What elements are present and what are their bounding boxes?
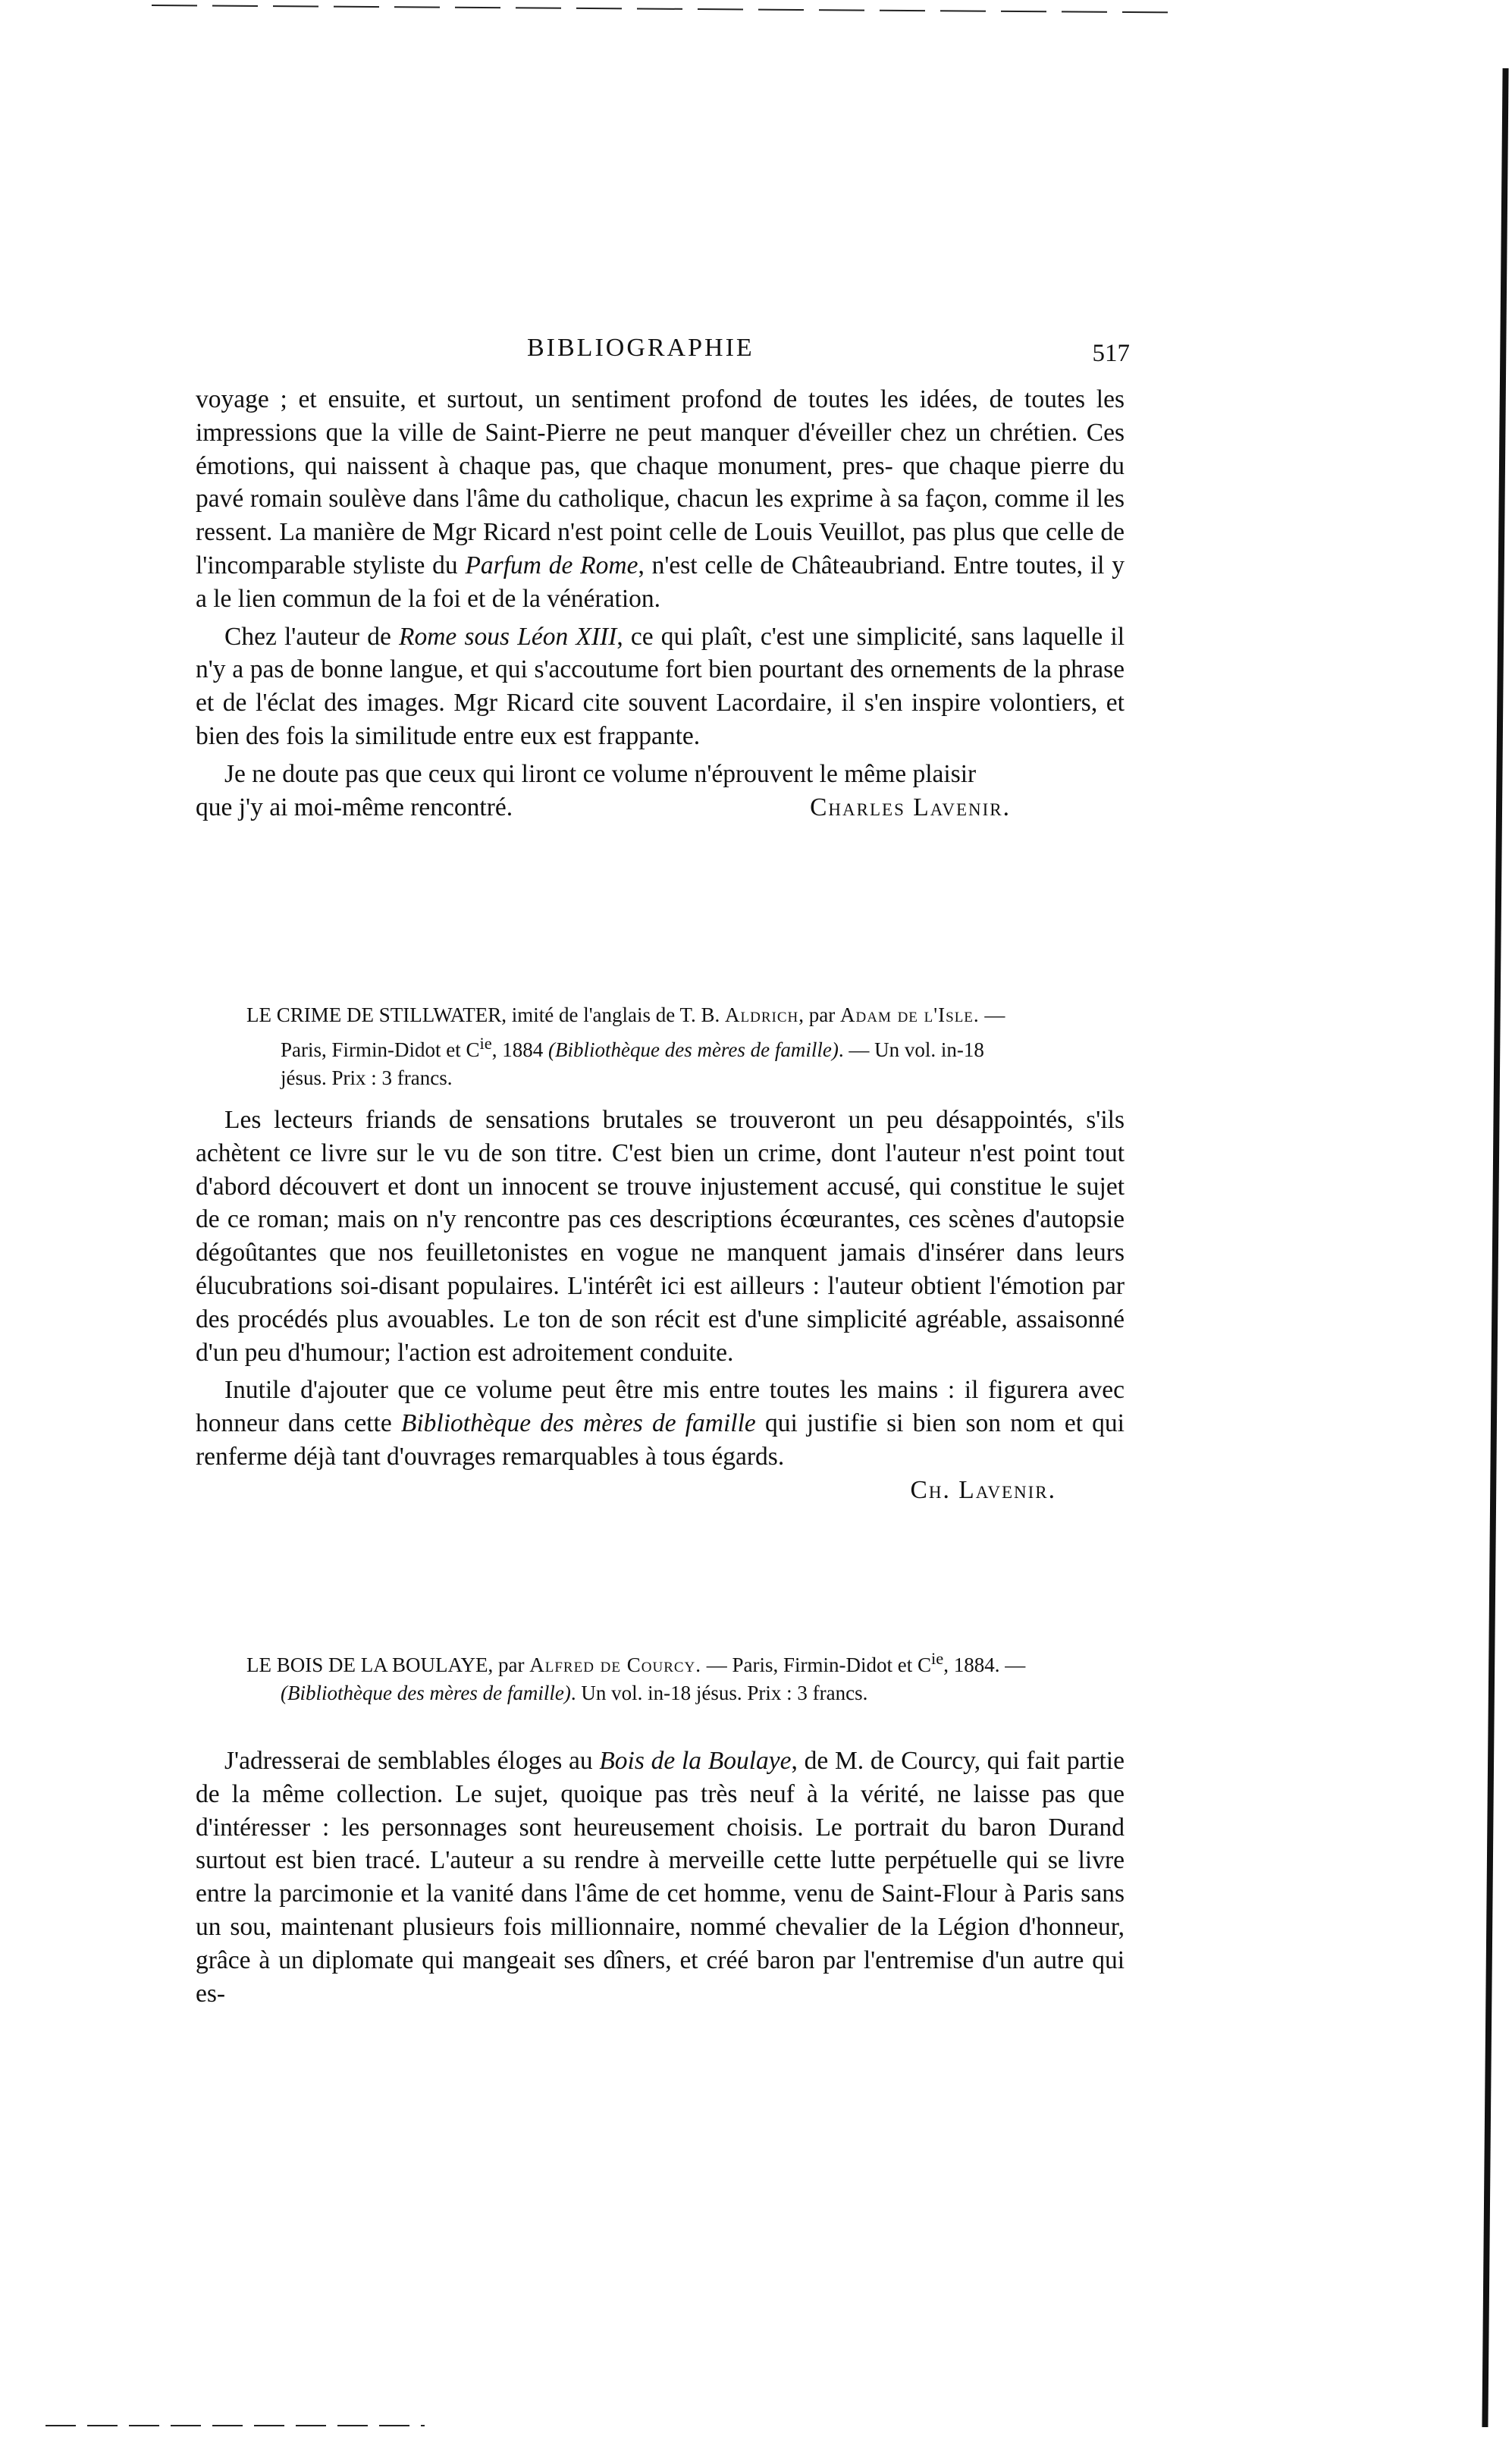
review-crime-de-stillwater: Les lecteurs friands de sensations bruta…	[196, 1104, 1125, 1507]
closing-line: que j'y ai moi-même rencontré. Charles L…	[196, 791, 1125, 824]
author: Aldrich	[725, 1003, 798, 1026]
author: Alfred de Courcy.	[529, 1653, 701, 1676]
bibliographic-entry-heading: LE CRIME DE STILLWATER, imité de l'angla…	[246, 1001, 1035, 1092]
review-bois-de-la-boulaye: J'adresserai de semblables éloges au Boi…	[196, 1745, 1125, 2010]
running-head: BIBLIOGRAPHIE 517	[182, 334, 1130, 372]
italic-title: Rome sous Léon XIII	[399, 623, 616, 651]
paragraph: Je ne doute pas que ceux qui liront ce v…	[196, 758, 1125, 791]
price: Prix : 3 francs.	[747, 1682, 867, 1704]
paragraph: Inutile d'ajouter que ce volume peut êtr…	[196, 1374, 1125, 1473]
paragraph: Chez l'auteur de Rome sous Léon XIII, ce…	[196, 620, 1125, 753]
series-title: (Bibliothèque des mères de famille)	[548, 1038, 839, 1061]
italic-title: de Rome	[549, 551, 638, 579]
page-number: 517	[1093, 340, 1131, 368]
italic-title: Parfum	[465, 551, 541, 579]
running-title: BIBLIOGRAPHIE	[527, 334, 754, 363]
scan-artifact-top	[152, 5, 1175, 13]
book-title: LE CRIME DE STILLWATER,	[246, 1003, 507, 1026]
signature: Charles Lavenir.	[810, 791, 1125, 824]
book-title: LE BOIS DE LA BOULAYE,	[246, 1653, 493, 1676]
scan-artifact-page-edge	[1482, 68, 1508, 2427]
bibliographic-entry-heading: LE BOIS DE LA BOULAYE, par Alfred de Cou…	[246, 1644, 1035, 1707]
review-continuation: voyage ; et ensuite, et surtout, un sent…	[196, 383, 1125, 824]
scan-artifact-bottom	[45, 2425, 425, 2426]
translator: Adam de l'Isle.	[840, 1003, 980, 1026]
series-title: Bibliothèque des mères de famille	[401, 1409, 756, 1437]
paragraph: J'adresserai de semblables éloges au Boi…	[196, 1745, 1125, 2010]
paragraph: Les lecteurs friands de sensations bruta…	[196, 1104, 1125, 1369]
scanned-page: BIBLIOGRAPHIE 517 voyage ; et ensuite, e…	[0, 0, 1512, 2437]
paragraph: voyage ; et ensuite, et surtout, un sent…	[196, 383, 1125, 616]
series-title: (Bibliothèque des mères de famille)	[281, 1682, 571, 1704]
book-title: Bois de la Boulaye	[599, 1747, 791, 1775]
signature: Ch. Lavenir.	[196, 1474, 1125, 1507]
